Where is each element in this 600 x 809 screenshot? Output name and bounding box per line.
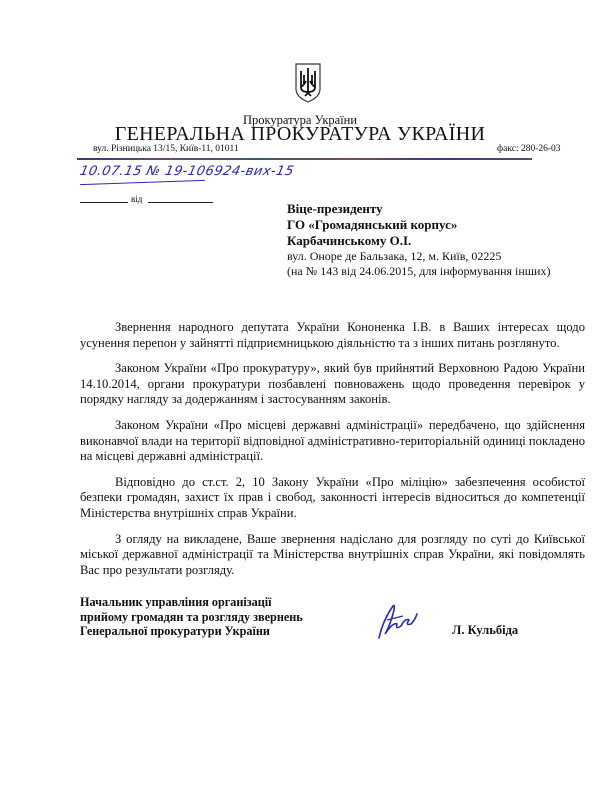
body-paragraph: Відповідно до ст.ст. 2, 10 Закону Україн…	[80, 475, 585, 522]
signatory-title-line: Начальник управління організації	[80, 595, 303, 610]
body-paragraph: З огляду на викладене, Ваше звернення на…	[80, 532, 585, 579]
recipient-note: (на № 143 від 24.06.2015, для інформуван…	[287, 264, 582, 279]
org-fax: факс: 280-26-03	[497, 144, 561, 154]
tryzub-coat-of-arms-icon	[295, 63, 321, 103]
handwritten-signature-icon	[375, 600, 420, 642]
handwritten-reference-number: 10.07.15 № 19-106924-вих-15	[78, 164, 295, 179]
recipient-name: Карбачинському О.І.	[287, 233, 582, 249]
signatory-name: Л. Кульбіда	[452, 623, 518, 638]
blank-number-line	[148, 202, 213, 203]
signatory-title-line: прийому громадян та розгляду звернень	[80, 610, 303, 625]
recipient-position: Віце-президенту	[287, 201, 582, 217]
blank-date-line	[80, 202, 128, 203]
body-paragraph: Законом України «Про прокуратуру», який …	[80, 361, 585, 408]
signatory-title: Начальник управління організації прийому…	[80, 595, 303, 639]
header-divider	[77, 158, 532, 160]
recipient-block: Віце-президенту ГО «Громадянський корпус…	[287, 201, 582, 279]
letter-body: Звернення народного депутата України Кон…	[80, 320, 585, 588]
handwritten-underline	[80, 180, 205, 185]
body-paragraph: Звернення народного депутата України Кон…	[80, 320, 585, 351]
org-address: вул. Різницька 13/15, Київ-11, 01011	[93, 144, 239, 154]
recipient-address: вул. Оноре де Бальзака, 12, м. Київ, 022…	[287, 249, 582, 264]
vid-label: від	[131, 194, 142, 204]
recipient-organization: ГО «Громадянський корпус»	[287, 217, 582, 233]
signatory-title-line: Генеральної прокуратури України	[80, 624, 303, 639]
body-paragraph: Законом України «Про місцеві державні ад…	[80, 418, 585, 465]
org-name-title: ГЕНЕРАЛЬНА ПРОКУРАТУРА УКРАЇНИ	[0, 123, 600, 146]
